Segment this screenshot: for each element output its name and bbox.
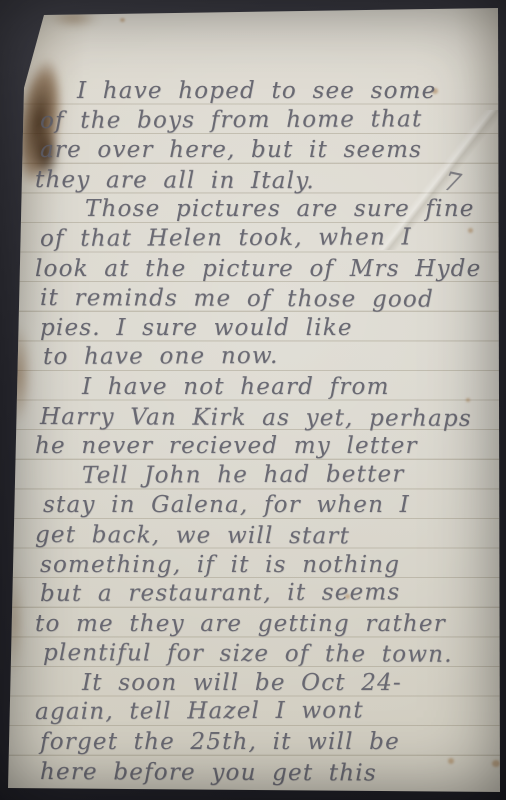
line-text: look at the picture of Mrs Hyde <box>35 256 481 282</box>
line-text: of that Helen took, when I <box>40 224 412 252</box>
handwritten-line: forget the 25th, it will be <box>40 727 502 757</box>
line-text: Tell John he had better <box>82 461 405 488</box>
handwritten-line: I have hoped to see some <box>35 76 502 106</box>
line-text: to have one now. <box>43 343 279 370</box>
line-text: again, tell Hazel I wont <box>35 698 364 725</box>
handwritten-line: look at the picture of Mrs Hyde <box>35 254 502 284</box>
handwritten-line: here before you get this <box>40 757 502 789</box>
handwritten-line: to have one now. <box>43 340 502 372</box>
handwritten-line: it reminds me of those good <box>40 283 502 315</box>
handwritten-line: Those pictures are sure fine <box>43 194 502 224</box>
handwritten-line: to me they are getting rather <box>35 609 502 639</box>
line-text: it reminds me of those good <box>40 285 434 313</box>
line-text: stay in Galena, for when I <box>43 492 410 518</box>
handwritten-line: he never recieved my letter <box>35 431 502 461</box>
foxing-spot <box>120 18 125 22</box>
line-text: but a restaurant, it seems <box>40 580 401 608</box>
stain-top-edge <box>42 6 106 30</box>
handwritten-line: stay in Galena, for when I <box>43 490 502 520</box>
handwritten-line: get back, we will start <box>35 520 502 552</box>
handwritten-line: but a restaurant, it seems <box>40 577 502 609</box>
line-text: of the boys from home that <box>40 106 423 134</box>
line-text: he never recieved my letter <box>35 433 418 459</box>
photo-backdrop: I have hoped to see someof the boys from… <box>0 0 506 800</box>
line-text: they are all in Italy. <box>35 167 315 194</box>
line-text: are over here, but it seems <box>40 137 422 163</box>
line-text: here before you get this <box>40 759 377 786</box>
letter-body: I have hoped to see someof the boys from… <box>40 76 502 786</box>
handwritten-line: are over here, but it seems <box>40 135 502 165</box>
handwritten-line: something, if it is nothing <box>40 550 502 580</box>
line-text: something, if it is nothing <box>40 552 400 578</box>
handwritten-line: Tell John he had better <box>40 459 502 491</box>
handwritten-line: they are all in Italy. <box>35 165 502 197</box>
letter-page: I have hoped to see someof the boys from… <box>0 0 506 800</box>
line-text: I have not heard from <box>82 374 390 400</box>
handwritten-line: It soon will be Oct 24- <box>40 668 502 698</box>
line-text: It soon will be Oct 24- <box>82 670 402 696</box>
line-text: plentiful for size of the town. <box>43 640 453 668</box>
line-text: get back, we will start <box>35 522 350 549</box>
handwritten-line: again, tell Hazel I wont <box>35 695 502 727</box>
line-text: forget the 25th, it will be <box>40 729 400 755</box>
handwritten-line: of the boys from home that <box>40 104 502 136</box>
line-text: pies. I sure would like <box>40 315 353 341</box>
handwritten-line: Harry Van Kirk as yet, perhaps <box>40 402 502 434</box>
handwritten-line: plentiful for size of the town. <box>43 638 502 670</box>
line-text: to me they are getting rather <box>35 611 446 637</box>
line-text: Harry Van Kirk as yet, perhaps <box>40 404 472 432</box>
handwritten-line: pies. I sure would like <box>40 313 502 343</box>
handwritten-line: I have not heard from <box>40 372 502 402</box>
stain-mid-left-edge <box>0 312 36 437</box>
stain-lower-left-edge <box>2 550 26 690</box>
line-text: Those pictures are sure fine <box>85 196 475 222</box>
line-text: I have hoped to see some <box>77 78 436 104</box>
handwritten-line: of that Helen took, when I <box>40 222 502 254</box>
